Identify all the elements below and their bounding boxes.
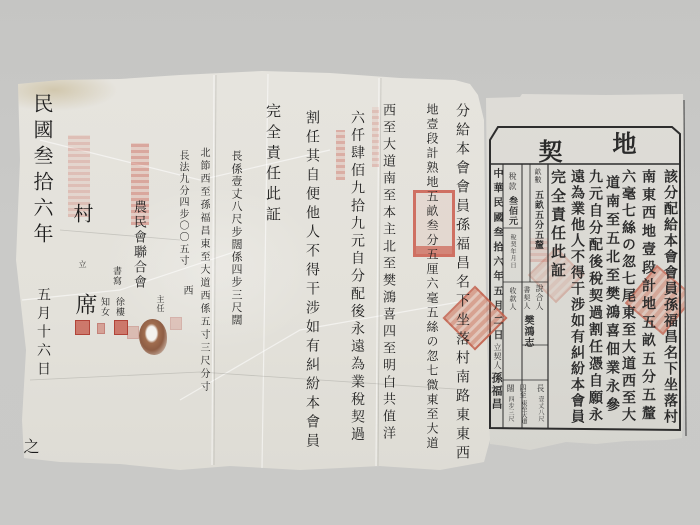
scribe-label: 書契人 [523,286,530,310]
boundaries-label: 四至 [519,384,526,398]
red-seal-stamp [114,320,128,335]
handwritten-column: 西至大道南至本主北至樊鴻喜四至明白共值洋 [381,103,394,443]
prefix-mark: 立 [78,260,86,268]
red-seal-stamp [97,323,105,334]
collector-label: 收款人 [509,287,516,311]
red-seal-stamp [127,326,139,339]
grantor-name: 孫福昌 [491,372,502,411]
handwritten-column: 分給本會會員孫福昌名下坐落村南路東東西 [455,103,469,464]
width-value: 四步三尺 [507,396,513,422]
length-value: 壹丈八尺 [537,396,543,422]
tax-label: 稅款 [508,172,516,192]
tax-value: 叁佰元 [507,196,516,226]
printed-title-right: 地 [610,131,634,155]
handwritten-column: 長法九分四步〇〇五寸 [177,150,187,267]
grantor-label: 立契人 [493,343,501,370]
burn-hole-stain [139,319,167,355]
scribe-name: 徐樓 [114,297,123,317]
length-label: 長 [536,384,544,392]
width-label: 闊 [506,384,514,392]
red-seal-stamp [372,107,379,167]
printed-body-column: 南東西地壹段計地五畝五分五釐 [641,169,655,424]
area-label: 畝數 [534,168,541,184]
red-seal-stamp [336,130,345,180]
deed-date: 中華民國叁拾六年五月二日 [491,168,501,344]
association-title: 主任 [156,295,164,313]
area-value: 五畝五分五釐 [533,190,542,250]
printed-body-column: 該分配給本會會員孫福昌名下坐落村 [663,169,677,425]
printed-body-column: 六毫七絲の忽七尾東至大道西至大 [621,169,635,424]
scribe-label: 書寫 [111,266,120,286]
date-day: 五月十六日 [36,287,50,380]
date-year: 民國叁拾六年 [32,93,52,249]
printed-body-column: 道南至五北至樊鴻喜佃業永參 [605,175,619,416]
village-label: 村 [72,203,92,223]
boundaries-value: 東至大道 [520,400,526,424]
handwritten-column: 地壹段計熟地五畝叁分五厘六毫五絲の忽七微東至大道 [426,103,438,451]
corner-mark: 之 [22,438,38,454]
printed-body-column: 完全責任此証 [550,169,565,281]
tax-date-label: 稅契年月日 [509,234,515,269]
handwritten-column: 六仟肆佰九拾九元自分配後永遠為業稅契過 [350,110,364,444]
middleman-label: 說合人 [535,284,543,311]
printed-body-column: 九元自分配後稅契過割任憑自願永 [588,169,602,424]
witness-note: 知女 [99,297,108,317]
handwritten-column: 北節西至孫福昌東至大道西係五寸三尺分寸 [198,147,208,394]
handwritten-column: 長係壹丈八尺步闊係四步三尺闊 [231,150,242,326]
red-seal-stamp [170,317,182,330]
signature: 席 [73,293,95,315]
association-name: 農民會聯合會 [132,200,145,290]
handwritten-column: 完全責任此証 [265,103,280,227]
document-photograph: 分給本會會員孫福昌名下坐落村南路東東西 地壹段計熟地五畝叁分五厘六毫五絲の忽七微… [0,0,700,525]
middleman-name: 樊鴻志 [522,315,532,348]
printed-body-column: 遠為業他人不得干涉如有糾紛本會員 [570,169,584,425]
red-seal-stamp [75,320,90,335]
boundary-note: 西 [181,285,191,295]
printed-title-left: 契 [536,139,560,163]
handwritten-column: 割任其自便他人不得干涉如有糾紛本會員 [305,110,319,452]
